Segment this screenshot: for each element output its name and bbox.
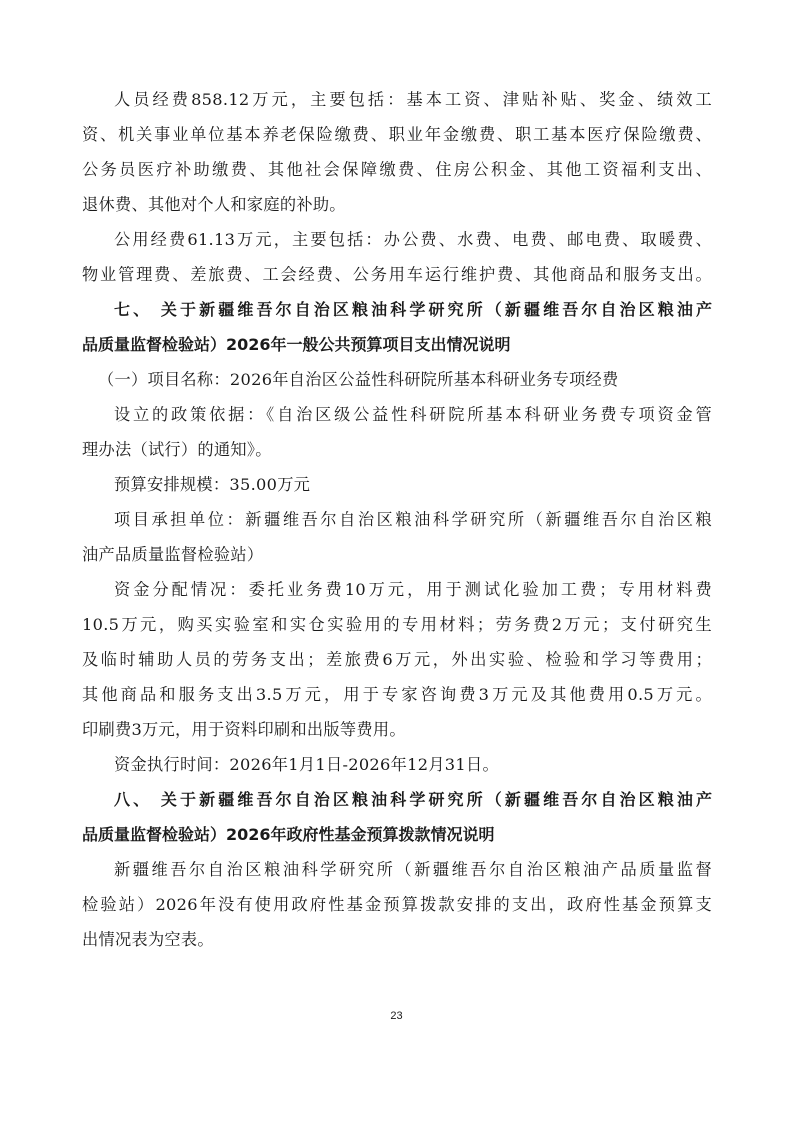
project-name: （一）项目名称：2026年自治区公益性科研院所基本科研业务专项经费 [82, 362, 712, 397]
personnel-expense-paragraph: 人员经费858.12万元，主要包括：基本工资、津贴补贴、奖金、绩效工 资、机关事… [82, 82, 712, 222]
text-line: 理办法（试行）的通知》。 [82, 432, 712, 467]
text-line: 物业管理费、差旅费、工会经费、公务用车运行维护费、其他商品和服务支出。 [82, 257, 712, 292]
text-line: 印刷费3万元，用于资料印刷和出版等费用。 [82, 712, 712, 747]
text-line: 油产品质量监督检验站） [82, 537, 712, 572]
gov-fund-paragraph: 新疆维吾尔自治区粮油科学研究所（新疆维吾尔自治区粮油产品质量监督 检验站）202… [82, 852, 712, 957]
text-line: 公用经费61.13万元，主要包括：办公费、水费、电费、邮电费、取暖费、 [82, 222, 712, 257]
public-expense-paragraph: 公用经费61.13万元，主要包括：办公费、水费、电费、邮电费、取暖费、 物业管理… [82, 222, 712, 292]
fund-allocation-paragraph: 资金分配情况：委托业务费10万元，用于测试化验加工费；专用材料费 10.5万元，… [82, 572, 712, 747]
text-line: 资、机关事业单位基本养老保险缴费、职业年金缴费、职工基本医疗保险缴费、 [82, 117, 712, 152]
text-line: 公务员医疗补助缴费、其他社会保障缴费、住房公积金、其他工资福利支出、 [82, 152, 712, 187]
text-line: 10.5万元，购买实验室和实仓实验用的专用材料；劳务费2万元；支付研究生 [82, 607, 712, 642]
text-line: 出情况表为空表。 [82, 922, 712, 957]
heading-line: 品质量监督检验站）2026年一般公共预算项目支出情况说明 [82, 327, 712, 362]
text-line: 项目承担单位：新疆维吾尔自治区粮油科学研究所（新疆维吾尔自治区粮 [82, 502, 712, 537]
heading-line: 品质量监督检验站）2026年政府性基金预算拨款情况说明 [82, 817, 712, 852]
budget-scale: 预算安排规模：35.00万元 [82, 467, 712, 502]
heading-line: 八、 关于新疆维吾尔自治区粮油科学研究所（新疆维吾尔自治区粮油产 [82, 782, 712, 817]
page-number: 23 [0, 1010, 793, 1022]
text-line: 人员经费858.12万元，主要包括：基本工资、津贴补贴、奖金、绩效工 [82, 82, 712, 117]
section-heading-8: 八、 关于新疆维吾尔自治区粮油科学研究所（新疆维吾尔自治区粮油产 品质量监督检验… [82, 782, 712, 852]
text-line: 新疆维吾尔自治区粮油科学研究所（新疆维吾尔自治区粮油产品质量监督 [82, 852, 712, 887]
section-heading-7: 七、 关于新疆维吾尔自治区粮油科学研究所（新疆维吾尔自治区粮油产 品质量监督检验… [82, 292, 712, 362]
policy-basis-paragraph: 设立的政策依据：《自治区级公益性科研院所基本科研业务费专项资金管 理办法（试行）… [82, 397, 712, 467]
text-line: 设立的政策依据：《自治区级公益性科研院所基本科研业务费专项资金管 [82, 397, 712, 432]
text-line: 检验站）2026年没有使用政府性基金预算拨款安排的支出，政府性基金预算支 [82, 887, 712, 922]
text-line: 退休费、其他对个人和家庭的补助。 [82, 187, 712, 222]
document-page: 人员经费858.12万元，主要包括：基本工资、津贴补贴、奖金、绩效工 资、机关事… [82, 82, 712, 957]
text-line: 及临时辅助人员的劳务支出；差旅费6万元，外出实验、检验和学习等费用； [82, 642, 712, 677]
execution-time: 资金执行时间：2026年1月1日-2026年12月31日。 [82, 747, 712, 782]
undertaking-unit-paragraph: 项目承担单位：新疆维吾尔自治区粮油科学研究所（新疆维吾尔自治区粮 油产品质量监督… [82, 502, 712, 572]
text-line: 其他商品和服务支出3.5万元，用于专家咨询费3万元及其他费用0.5万元。 [82, 677, 712, 712]
text-line: 资金分配情况：委托业务费10万元，用于测试化验加工费；专用材料费 [82, 572, 712, 607]
heading-line: 七、 关于新疆维吾尔自治区粮油科学研究所（新疆维吾尔自治区粮油产 [82, 292, 712, 327]
